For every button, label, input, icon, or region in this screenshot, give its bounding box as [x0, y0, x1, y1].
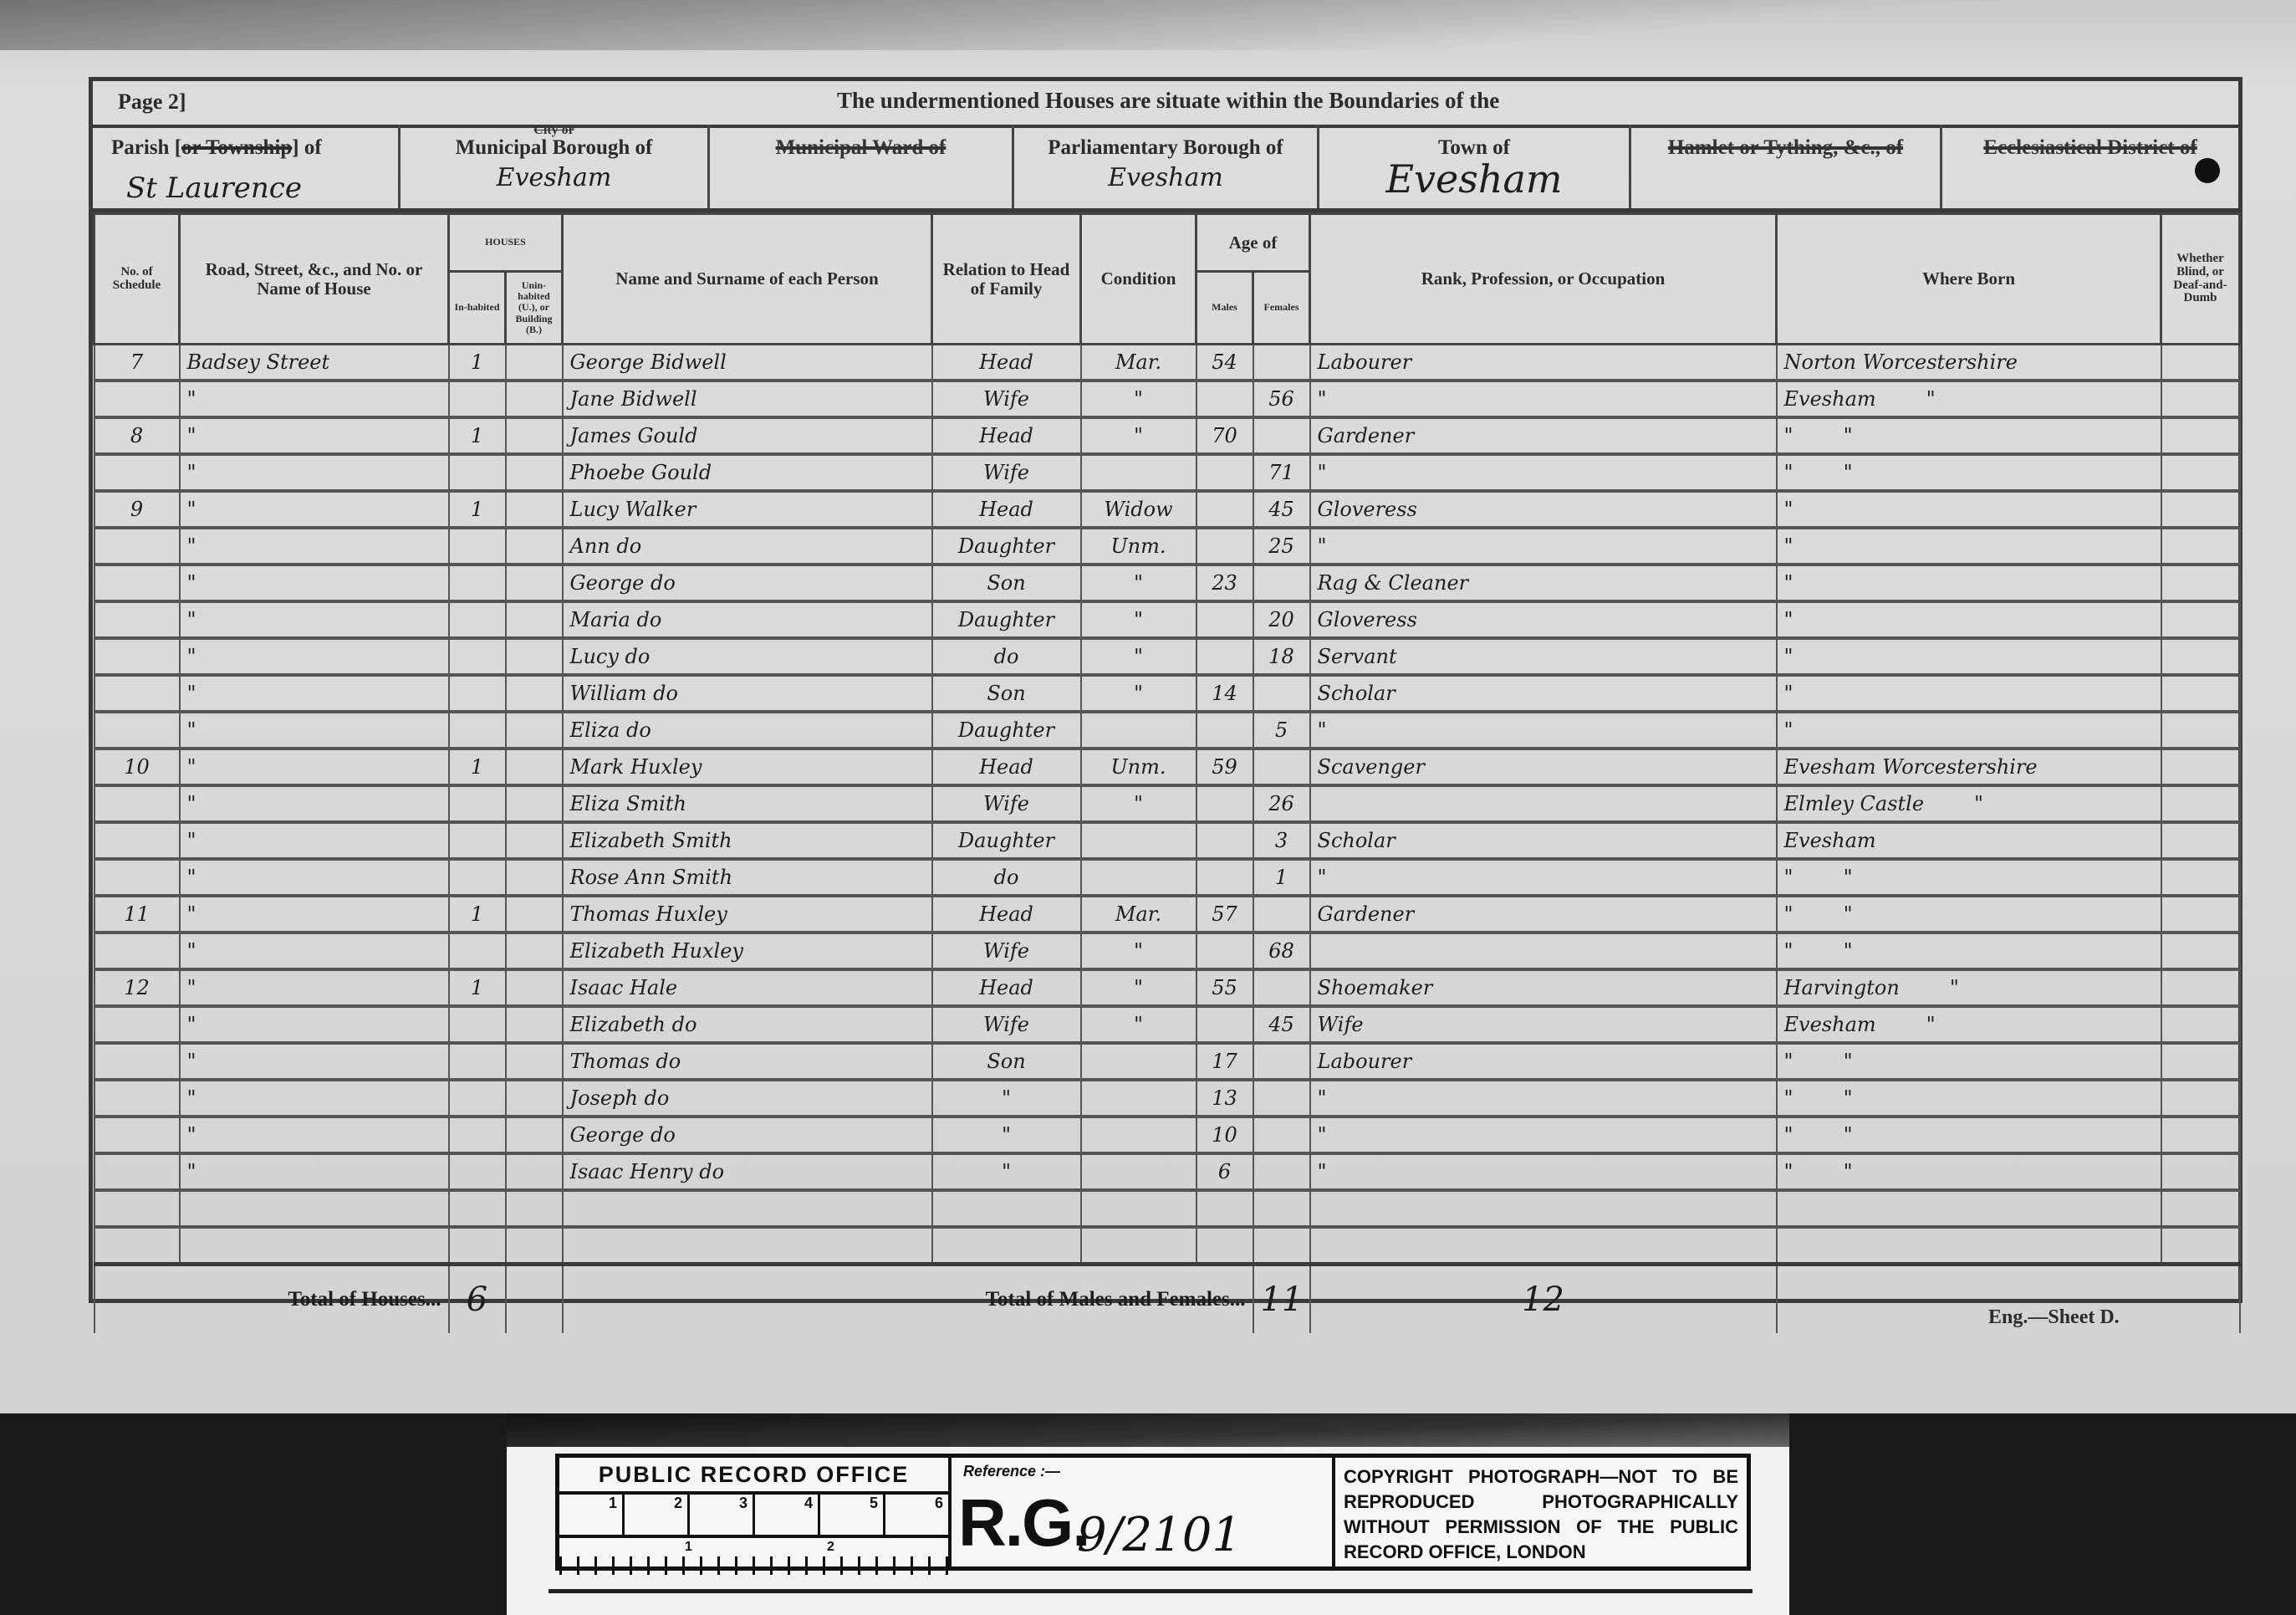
- schedule-number: [94, 601, 180, 638]
- occupation: ": [1310, 1117, 1777, 1153]
- schedule-number: [94, 638, 180, 675]
- relation-to-head: ": [932, 1153, 1081, 1190]
- ecclesiastical-district-cell: Ecclesiastical District of: [1942, 125, 2238, 208]
- where-born: ": [1777, 528, 2161, 565]
- person-name: William do: [563, 675, 932, 712]
- inhabited-count: [449, 1153, 506, 1190]
- marital-condition: [1081, 1227, 1196, 1265]
- relation-to-head: Head: [932, 749, 1081, 785]
- relation-to-head: Head: [932, 417, 1081, 454]
- occupation: Servant: [1310, 638, 1777, 675]
- inhabited-count: 1: [449, 749, 506, 785]
- inhabited-count: [449, 859, 506, 896]
- ruler-centimetres: 1 2 3 4 5 6: [559, 1495, 948, 1538]
- where-born-ditto: ": [1844, 1160, 1853, 1183]
- inhabited-count: [449, 712, 506, 749]
- uninhabited-count: [506, 454, 563, 491]
- where-born-place: ": [1784, 1160, 1793, 1183]
- blind-deaf: [2161, 933, 2240, 969]
- occupation: Gardener: [1310, 417, 1777, 454]
- age-female: [1253, 1080, 1310, 1117]
- age-male: [1196, 785, 1253, 822]
- age-female: 26: [1253, 785, 1310, 822]
- blind-deaf: [2161, 1117, 2240, 1153]
- where-born-ditto: ": [1844, 424, 1853, 447]
- age-male: 54: [1196, 345, 1253, 381]
- age-male: 14: [1196, 675, 1253, 712]
- ruler-tick-label: 4: [755, 1495, 820, 1535]
- table-row: "Phoebe GouldWife71""": [94, 454, 2240, 491]
- relation-to-head: Head: [932, 969, 1081, 1006]
- marital-condition: Unm.: [1081, 749, 1196, 785]
- person-name: Maria do: [563, 601, 932, 638]
- where-born: ": [1777, 565, 2161, 601]
- municipal-ward-label: Municipal Ward of: [710, 136, 1012, 160]
- where-born-ditto: ": [1926, 1013, 1936, 1036]
- occupation: Gloveress: [1310, 491, 1777, 528]
- blind-deaf: [2161, 1227, 2240, 1265]
- road-street: ": [180, 1117, 449, 1153]
- where-born-ditto: ": [1844, 902, 1853, 926]
- road-street: ": [180, 381, 449, 417]
- road-street: ": [180, 785, 449, 822]
- table-row: [94, 1190, 2240, 1227]
- road-street: ": [180, 1006, 449, 1043]
- relation-to-head: ": [932, 1080, 1081, 1117]
- total-males: 11: [1253, 1265, 1310, 1334]
- age-male: 6: [1196, 1153, 1253, 1190]
- census-form: Page 2] The undermentioned Houses are si…: [89, 77, 2242, 1303]
- where-born-place: ": [1784, 424, 1793, 447]
- age-female: [1253, 1190, 1310, 1227]
- blind-deaf: [2161, 601, 2240, 638]
- relation-to-head: Son: [932, 565, 1081, 601]
- uninhabited-count: [506, 528, 563, 565]
- relation-to-head: Head: [932, 896, 1081, 933]
- blind-deaf: [2161, 1006, 2240, 1043]
- stamp-shadow: [507, 1413, 1789, 1447]
- ruler-tick-label: 3: [690, 1495, 755, 1535]
- uninhabited-count: [506, 785, 563, 822]
- marital-condition: ": [1081, 638, 1196, 675]
- where-born-place: ": [1784, 939, 1793, 963]
- road-street: ": [180, 859, 449, 896]
- where-born-place: Evesham: [1784, 829, 1876, 852]
- where-born: "": [1777, 859, 2161, 896]
- boundaries-heading: The undermentioned Houses are situate wi…: [837, 88, 1499, 114]
- relation-to-head: [932, 1190, 1081, 1227]
- uninhabited-count: [506, 417, 563, 454]
- town-value: Evesham: [1319, 156, 1629, 202]
- relation-to-head: Daughter: [932, 528, 1081, 565]
- schedule-number: [94, 381, 180, 417]
- inhabited-count: [449, 1043, 506, 1080]
- uninhabited-count: [506, 1190, 563, 1227]
- blind-deaf: [2161, 528, 2240, 565]
- relation-to-head: Daughter: [932, 712, 1081, 749]
- age-male: [1196, 822, 1253, 859]
- table-row: "Rose Ann Smithdo1""": [94, 859, 2240, 896]
- schedule-number: 9: [94, 491, 180, 528]
- uninhabited-count: [506, 601, 563, 638]
- where-born-place: Evesham Worcestershire: [1784, 755, 2038, 779]
- table-row: "Elizabeth HuxleyWife"68"": [94, 933, 2240, 969]
- uninhabited-count: [506, 969, 563, 1006]
- occupation: Scholar: [1310, 675, 1777, 712]
- where-born-place: ": [1784, 1123, 1793, 1147]
- person-name: Eliza Smith: [563, 785, 932, 822]
- age-male: 70: [1196, 417, 1253, 454]
- reference-label: Reference :—: [963, 1463, 1060, 1480]
- schedule-number: [94, 1227, 180, 1265]
- age-male: [1196, 381, 1253, 417]
- marital-condition: ": [1081, 417, 1196, 454]
- where-born-ditto: ": [1926, 387, 1936, 411]
- where-born: Elmley Castle": [1777, 785, 2161, 822]
- occupation: ": [1310, 1153, 1777, 1190]
- where-born-place: ": [1784, 645, 1793, 668]
- marital-condition: ": [1081, 969, 1196, 1006]
- occupation: ": [1310, 859, 1777, 896]
- age-male: 13: [1196, 1080, 1253, 1117]
- stamp-rule: [548, 1589, 1753, 1593]
- where-born-place: ": [1784, 718, 1793, 742]
- marital-condition: ": [1081, 601, 1196, 638]
- relation-to-head: Head: [932, 491, 1081, 528]
- table-row: 11"1Thomas HuxleyHeadMar.57Gardener"": [94, 896, 2240, 933]
- age-female: 5: [1253, 712, 1310, 749]
- uninhabited-count: [506, 1153, 563, 1190]
- inhabited-count: [449, 785, 506, 822]
- inhabited-count: 1: [449, 491, 506, 528]
- marital-condition: ": [1081, 565, 1196, 601]
- marital-condition: Mar.: [1081, 345, 1196, 381]
- age-female: 18: [1253, 638, 1310, 675]
- occupation: [1310, 785, 1777, 822]
- ruler-inches: 1 2: [559, 1538, 948, 1575]
- age-female: 71: [1253, 454, 1310, 491]
- road-street: ": [180, 491, 449, 528]
- reference-panel: Reference :— R.G. 9/2101: [952, 1458, 1335, 1566]
- where-born-place: ": [1784, 866, 1793, 889]
- census-table: No. of Schedule Road, Street, &c., and N…: [93, 212, 2241, 1333]
- age-female: [1253, 969, 1310, 1006]
- schedule-number: [94, 1117, 180, 1153]
- person-name: George do: [563, 565, 932, 601]
- person-name: George do: [563, 1117, 932, 1153]
- table-row: 9"1Lucy WalkerHeadWidow45Gloveress": [94, 491, 2240, 528]
- parish-cell: Parish [or Township] of St Laurence: [93, 125, 401, 208]
- uninhabited-count: [506, 345, 563, 381]
- blind-deaf: [2161, 565, 2240, 601]
- person-name: Isaac Hale: [563, 969, 932, 1006]
- schedule-number: [94, 785, 180, 822]
- inhabited-count: [449, 638, 506, 675]
- person-name: Ann do: [563, 528, 932, 565]
- person-name: Lucy do: [563, 638, 932, 675]
- relation-to-head: ": [932, 1117, 1081, 1153]
- table-row: "Lucy dodo"18Servant": [94, 638, 2240, 675]
- occupation: ": [1310, 454, 1777, 491]
- marital-condition: Widow: [1081, 491, 1196, 528]
- col-males: Males: [1196, 272, 1253, 345]
- relation-to-head: Son: [932, 675, 1081, 712]
- age-female: [1253, 896, 1310, 933]
- inhabited-count: [449, 381, 506, 417]
- inhabited-count: [449, 1080, 506, 1117]
- marital-condition: [1081, 1153, 1196, 1190]
- where-born: "": [1777, 417, 2161, 454]
- where-born: Norton Worcestershire: [1777, 345, 2161, 381]
- sheet-footer: Eng.—Sheet D.: [1988, 1306, 2120, 1329]
- occupation: Rag & Cleaner: [1310, 565, 1777, 601]
- where-born-ditto: ": [1844, 939, 1853, 963]
- uninhabited-count: [506, 675, 563, 712]
- ruler-inch-label: 2: [827, 1540, 834, 1555]
- uninhabited-count: [506, 1006, 563, 1043]
- occupation: ": [1310, 381, 1777, 417]
- age-female: [1253, 1153, 1310, 1190]
- where-born-place: ": [1784, 498, 1793, 521]
- relation-to-head: [932, 1227, 1081, 1265]
- table-row: 7Badsey Street1George BidwellHeadMar.54L…: [94, 345, 2240, 381]
- census-sheet: Page 2] The undermentioned Houses are si…: [0, 0, 2296, 1413]
- age-male: 59: [1196, 749, 1253, 785]
- blind-deaf: [2161, 1080, 2240, 1117]
- road-street: ": [180, 601, 449, 638]
- schedule-number: [94, 565, 180, 601]
- person-name: Thomas Huxley: [563, 896, 932, 933]
- where-born-ditto: ": [1950, 976, 1959, 999]
- where-born-ditto: ": [1844, 1050, 1853, 1073]
- road-street: ": [180, 1080, 449, 1117]
- marital-condition: [1081, 1190, 1196, 1227]
- occupation: Labourer: [1310, 1043, 1777, 1080]
- ecclesiastical-district-label: Ecclesiastical District of: [1942, 136, 2238, 160]
- blind-deaf: [2161, 896, 2240, 933]
- road-street: ": [180, 1153, 449, 1190]
- uninhabited-count: [506, 933, 563, 969]
- hamlet-cell: Hamlet or Tything, &c., of: [1631, 125, 1942, 208]
- road-street: ": [180, 1043, 449, 1080]
- uninhabited-count: [506, 1043, 563, 1080]
- marital-condition: [1081, 712, 1196, 749]
- blind-deaf: [2161, 1190, 2240, 1227]
- schedule-number: [94, 454, 180, 491]
- age-male: 17: [1196, 1043, 1253, 1080]
- municipal-borough-label: Municipal Borough of: [401, 136, 707, 160]
- reference-number: 9/2101: [1077, 1508, 1242, 1562]
- municipal-ward-cell: Municipal Ward of: [710, 125, 1014, 208]
- person-name: Elizabeth Huxley: [563, 933, 932, 969]
- schedule-number: [94, 1006, 180, 1043]
- schedule-number: [94, 675, 180, 712]
- total-persons-label: Total of Males and Females...: [563, 1265, 1253, 1334]
- occupation: Scholar: [1310, 822, 1777, 859]
- road-street: ": [180, 528, 449, 565]
- age-male: [1196, 638, 1253, 675]
- relation-to-head: do: [932, 638, 1081, 675]
- census-rows: 7Badsey Street1George BidwellHeadMar.54L…: [94, 345, 2240, 1265]
- public-record-office-stamp: PUBLIC RECORD OFFICE 1 2 3 4 5 6 1 2 Ref…: [507, 1413, 1789, 1615]
- blind-deaf: [2161, 859, 2240, 896]
- age-female: [1253, 749, 1310, 785]
- age-male: [1196, 528, 1253, 565]
- relation-to-head: Wife: [932, 933, 1081, 969]
- where-born: ": [1777, 675, 2161, 712]
- parliamentary-borough-cell: Parliamentary Borough of Evesham: [1014, 125, 1319, 208]
- col-where-born: Where Born: [1777, 214, 2161, 345]
- schedule-number: [94, 1190, 180, 1227]
- where-born: ": [1777, 712, 2161, 749]
- age-female: 1: [1253, 859, 1310, 896]
- where-born: [1777, 1227, 2161, 1265]
- marital-condition: Unm.: [1081, 528, 1196, 565]
- relation-to-head: Daughter: [932, 601, 1081, 638]
- marital-condition: ": [1081, 381, 1196, 417]
- stamp-box: PUBLIC RECORD OFFICE 1 2 3 4 5 6 1 2 Ref…: [555, 1454, 1751, 1571]
- where-born-ditto: ": [1974, 792, 1983, 815]
- col-inhabited: In-habited: [449, 272, 506, 345]
- col-uninhabited: Unin-habited (U.), or Building (B.): [506, 272, 563, 345]
- marital-condition: [1081, 454, 1196, 491]
- table-row: "Jane BidwellWife"56"Evesham": [94, 381, 2240, 417]
- where-born: [1777, 1190, 2161, 1227]
- where-born-place: Harvington: [1784, 976, 1900, 999]
- schedule-number: [94, 1043, 180, 1080]
- blind-deaf: [2161, 491, 2240, 528]
- occupation: Shoemaker: [1310, 969, 1777, 1006]
- table-row: "Elizabeth SmithDaughter3ScholarEvesham: [94, 822, 2240, 859]
- person-name: Joseph do: [563, 1080, 932, 1117]
- age-male: [1196, 933, 1253, 969]
- where-born-place: Evesham: [1784, 1013, 1876, 1036]
- inhabited-count: 1: [449, 345, 506, 381]
- where-born-place: Elmley Castle: [1784, 792, 1925, 815]
- age-female: [1253, 345, 1310, 381]
- ruler-inch-label: 1: [685, 1540, 692, 1555]
- relation-to-head: Son: [932, 1043, 1081, 1080]
- age-male: [1196, 1190, 1253, 1227]
- where-born: ": [1777, 491, 2161, 528]
- inhabited-count: [449, 1117, 506, 1153]
- where-born: "": [1777, 1043, 2161, 1080]
- age-female: 45: [1253, 1006, 1310, 1043]
- age-male: [1196, 601, 1253, 638]
- where-born-place: Evesham: [1784, 387, 1876, 411]
- road-street: [180, 1227, 449, 1265]
- inhabited-count: [449, 565, 506, 601]
- marital-condition: ": [1081, 785, 1196, 822]
- pro-title: PUBLIC RECORD OFFICE: [559, 1458, 948, 1495]
- blind-deaf: [2161, 785, 2240, 822]
- where-born-ditto: ": [1844, 866, 1853, 889]
- table-row: "Thomas doSon17Labourer"": [94, 1043, 2240, 1080]
- blind-deaf: [2161, 417, 2240, 454]
- occupation: ": [1310, 528, 1777, 565]
- table-row: "William doSon"14Scholar": [94, 675, 2240, 712]
- page-curl-shadow: [0, 0, 2296, 50]
- schedule-number: [94, 712, 180, 749]
- blind-deaf: [2161, 969, 2240, 1006]
- uninhabited-count: [506, 859, 563, 896]
- hamlet-label: Hamlet or Tything, &c., of: [1631, 136, 1940, 160]
- marital-condition: [1081, 1117, 1196, 1153]
- person-name: Lucy Walker: [563, 491, 932, 528]
- schedule-number: [94, 1080, 180, 1117]
- ink-blot: [2195, 158, 2220, 183]
- where-born: ": [1777, 601, 2161, 638]
- total-uninhabited-blank: [506, 1265, 563, 1334]
- age-female: 25: [1253, 528, 1310, 565]
- occupation: Gloveress: [1310, 601, 1777, 638]
- where-born: Harvington": [1777, 969, 2161, 1006]
- road-street: ": [180, 822, 449, 859]
- schedule-number: [94, 933, 180, 969]
- blind-deaf: [2161, 712, 2240, 749]
- ruler-tick-label: 2: [625, 1495, 690, 1535]
- uninhabited-count: [506, 1117, 563, 1153]
- blind-deaf: [2161, 822, 2240, 859]
- age-female: [1253, 1227, 1310, 1265]
- where-born: Evesham": [1777, 381, 2161, 417]
- table-row: 8"1James GouldHead"70Gardener"": [94, 417, 2240, 454]
- occupation: ": [1310, 1080, 1777, 1117]
- uninhabited-count: [506, 491, 563, 528]
- schedule-number: [94, 528, 180, 565]
- col-blind-deaf: Whether Blind, or Deaf-and-Dumb: [2161, 214, 2240, 345]
- relation-to-head: Wife: [932, 454, 1081, 491]
- where-born: Evesham: [1777, 822, 2161, 859]
- pro-ruler-panel: PUBLIC RECORD OFFICE 1 2 3 4 5 6 1 2: [559, 1458, 952, 1566]
- schedule-number: 12: [94, 969, 180, 1006]
- age-female: 20: [1253, 601, 1310, 638]
- uninhabited-count: [506, 1080, 563, 1117]
- form-top-band: Page 2] The undermentioned Houses are si…: [93, 81, 2238, 128]
- occupation: Wife: [1310, 1006, 1777, 1043]
- inhabited-count: [449, 822, 506, 859]
- person-name: Eliza do: [563, 712, 932, 749]
- blind-deaf: [2161, 638, 2240, 675]
- col-schedule: No. of Schedule: [94, 214, 180, 345]
- blind-deaf: [2161, 381, 2240, 417]
- occupation: [1310, 1227, 1777, 1265]
- table-row: "Eliza SmithWife"26Elmley Castle": [94, 785, 2240, 822]
- where-born: "": [1777, 1153, 2161, 1190]
- where-born-ditto: ": [1844, 1123, 1853, 1147]
- person-name: Mark Huxley: [563, 749, 932, 785]
- road-street: ": [180, 417, 449, 454]
- age-male: 55: [1196, 969, 1253, 1006]
- relation-to-head: Wife: [932, 785, 1081, 822]
- age-female: 68: [1253, 933, 1310, 969]
- uninhabited-count: [506, 381, 563, 417]
- inhabited-count: [449, 1190, 506, 1227]
- municipal-borough-cell: City or Municipal Borough of Evesham: [401, 125, 710, 208]
- blind-deaf: [2161, 1153, 2240, 1190]
- marital-condition: Mar.: [1081, 896, 1196, 933]
- person-name: James Gould: [563, 417, 932, 454]
- col-condition: Condition: [1081, 214, 1196, 345]
- age-female: [1253, 1117, 1310, 1153]
- inhabited-count: 1: [449, 896, 506, 933]
- administrative-areas: Parish [or Township] of St Laurence City…: [93, 125, 2238, 212]
- col-relation: Relation to Head of Family: [932, 214, 1081, 345]
- uninhabited-count: [506, 822, 563, 859]
- total-females: 12: [1310, 1265, 1777, 1334]
- uninhabited-count: [506, 1227, 563, 1265]
- relation-to-head: Daughter: [932, 822, 1081, 859]
